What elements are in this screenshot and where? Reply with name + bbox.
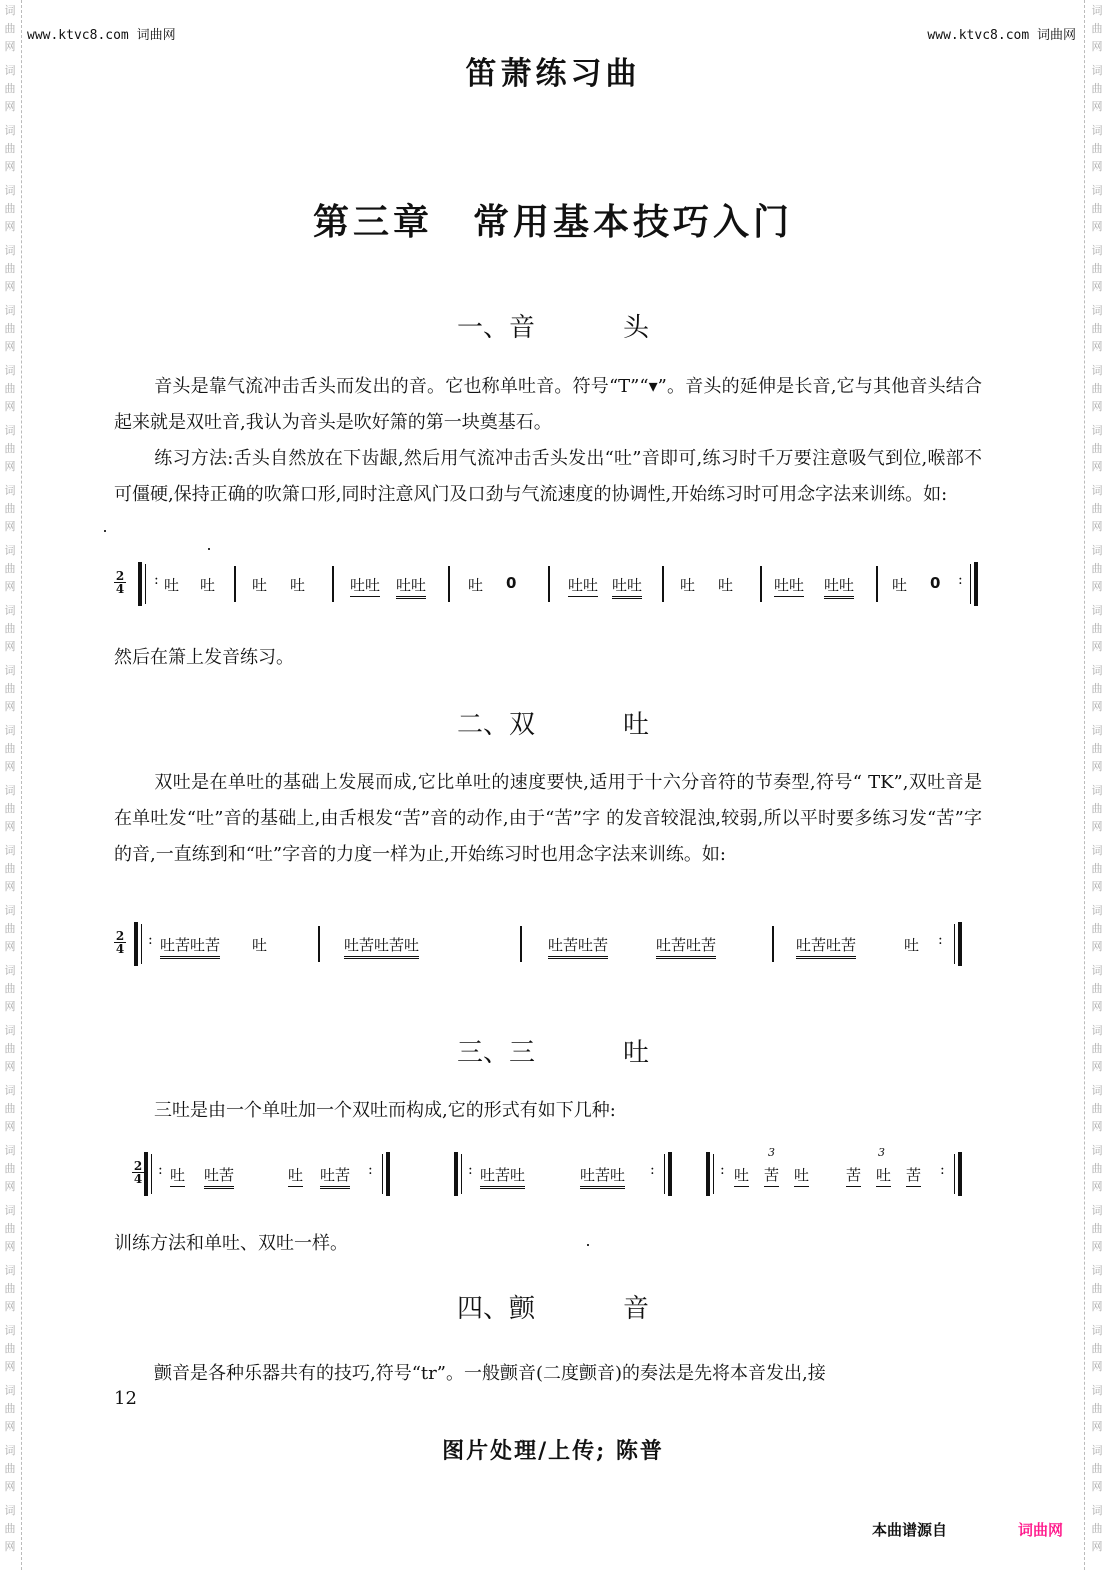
watermark-glyph: 曲 bbox=[1088, 680, 1106, 698]
watermark-glyph: 曲 bbox=[1, 380, 19, 398]
watermark-glyph: 词 bbox=[1, 122, 19, 140]
watermark-glyph: 网 bbox=[1088, 458, 1106, 476]
watermark-glyph: 曲 bbox=[1088, 980, 1106, 998]
watermark-glyph: 网 bbox=[1, 1118, 19, 1136]
watermark-glyph: 网 bbox=[1, 938, 19, 956]
watermark-glyph: 网 bbox=[1088, 578, 1106, 596]
watermark-glyph: 网 bbox=[1, 818, 19, 836]
watermark-glyph: 曲 bbox=[1, 1520, 19, 1538]
watermark-glyph: 曲 bbox=[1, 1160, 19, 1178]
watermark-glyph: 词 bbox=[1, 542, 19, 560]
score-single-tongue: 24 : 吐 吐 吐 吐 吐吐 吐吐 吐 0 吐吐 吐吐 吐 吐 吐吐 吐吐 吐… bbox=[112, 562, 982, 608]
watermark-glyph: 曲 bbox=[1, 20, 19, 38]
upload-credit: 图片处理/上传; 陈普 bbox=[0, 1434, 1106, 1465]
watermark-glyph: 曲 bbox=[1, 920, 19, 938]
watermark-glyph: 词 bbox=[1, 782, 19, 800]
watermark-glyph: 词 bbox=[1088, 542, 1106, 560]
section-heading-4: 四、颤音 bbox=[0, 1288, 1106, 1325]
watermark-glyph: 曲 bbox=[1, 140, 19, 158]
time-signature: 24 bbox=[114, 570, 126, 595]
book-title: 笛萧练习曲 bbox=[0, 48, 1106, 93]
watermark-glyph: 网 bbox=[1, 1358, 19, 1376]
watermark-glyph: 网 bbox=[1, 578, 19, 596]
watermark-glyph: 词 bbox=[1, 662, 19, 680]
watermark-glyph: 网 bbox=[1088, 1178, 1106, 1196]
watermark-glyph: 曲 bbox=[1088, 440, 1106, 458]
watermark-glyph: 词 bbox=[1088, 1382, 1106, 1400]
watermark-glyph: 网 bbox=[1, 1178, 19, 1196]
watermark-glyph: 词 bbox=[1, 1082, 19, 1100]
watermark-glyph: 词 bbox=[1088, 482, 1106, 500]
watermark-glyph: 曲 bbox=[1088, 1340, 1106, 1358]
watermark-glyph: 网 bbox=[1, 158, 19, 176]
watermark-glyph: 词 bbox=[1088, 1262, 1106, 1280]
watermark-glyph: 词 bbox=[1, 1382, 19, 1400]
watermark-glyph: 曲 bbox=[1088, 1160, 1106, 1178]
section-heading-1: 一、音头 bbox=[0, 307, 1106, 344]
watermark-glyph: 网 bbox=[1088, 818, 1106, 836]
watermark-glyph: 词 bbox=[1, 362, 19, 380]
watermark-glyph: 曲 bbox=[1, 740, 19, 758]
watermark-glyph: 网 bbox=[1, 638, 19, 656]
paragraph: 然后在箫上发音练习。 bbox=[114, 640, 982, 676]
chapter-title: 第三章 常用基本技巧入门 bbox=[0, 194, 1106, 245]
watermark-glyph: 网 bbox=[1, 998, 19, 1016]
watermark-glyph: 曲 bbox=[1088, 140, 1106, 158]
watermark-glyph: 曲 bbox=[1088, 920, 1106, 938]
watermark-glyph: 词 bbox=[1, 1142, 19, 1160]
paragraph: 练习方法:舌头自然放在下齿龈,然后用气流冲击舌头发出“吐”音即可,练习时千万要注… bbox=[114, 441, 982, 513]
watermark-glyph: 曲 bbox=[1, 260, 19, 278]
site-watermark-left: www.ktvc8.com 词曲网 bbox=[27, 24, 176, 43]
watermark-glyph: 曲 bbox=[1, 1340, 19, 1358]
watermark-glyph: 网 bbox=[1088, 398, 1106, 416]
paragraph: 训练方法和单吐、双吐一样。 bbox=[114, 1226, 982, 1262]
score-double-tongue: 24 : 吐苦吐苦 吐 吐苦吐苦吐 吐苦吐苦 吐苦吐苦 吐苦吐苦 吐 : bbox=[112, 922, 972, 968]
paragraph: 双吐是在单吐的基础上发展而成,它比单吐的速度要快,适用于十六分音符的节奏型,符号… bbox=[114, 765, 982, 873]
watermark-glyph: 词 bbox=[1, 602, 19, 620]
watermark-glyph: 网 bbox=[1088, 98, 1106, 116]
site-watermark-right: www.ktvc8.com 词曲网 bbox=[927, 24, 1076, 43]
watermark-glyph: 网 bbox=[1, 1238, 19, 1256]
repeat-start bbox=[138, 562, 152, 606]
watermark-glyph: 词 bbox=[1088, 962, 1106, 980]
watermark-glyph: 曲 bbox=[1, 560, 19, 578]
watermark-glyph: 网 bbox=[1, 1478, 19, 1496]
watermark-glyph: 网 bbox=[1088, 938, 1106, 956]
score-triple-tongue: 24 : 吐 吐苦 吐 吐苦 : : 吐苦吐 吐苦吐 : : 3 吐 苦 吐 3… bbox=[112, 1152, 972, 1198]
watermark-glyph: 词 bbox=[1, 842, 19, 860]
watermark-glyph: 曲 bbox=[1088, 620, 1106, 638]
watermark-glyph: 词 bbox=[1088, 902, 1106, 920]
watermark-glyph: 网 bbox=[1088, 278, 1106, 296]
watermark-glyph: 曲 bbox=[1, 1220, 19, 1238]
watermark-glyph: 网 bbox=[1, 278, 19, 296]
watermark-glyph: 词 bbox=[1, 1262, 19, 1280]
watermark-glyph: 词 bbox=[1, 902, 19, 920]
watermark-glyph: 词 bbox=[1, 2, 19, 20]
watermark-glyph: 曲 bbox=[1088, 500, 1106, 518]
watermark-glyph: 曲 bbox=[1088, 1400, 1106, 1418]
watermark-glyph: 词 bbox=[1088, 662, 1106, 680]
watermark-glyph: 词 bbox=[1088, 602, 1106, 620]
section-heading-2: 二、双吐 bbox=[0, 704, 1106, 741]
watermark-glyph: 曲 bbox=[1088, 1100, 1106, 1118]
watermark-glyph: 曲 bbox=[1, 860, 19, 878]
paragraph: 颤音是各种乐器共有的技巧,符号“tr”。一般颤音(二度颤音)的奏法是先将本音发出… bbox=[114, 1356, 982, 1392]
watermark-glyph: 曲 bbox=[1088, 1520, 1106, 1538]
watermark-glyph: 网 bbox=[1, 878, 19, 896]
paragraph: 三吐是由一个单吐加一个双吐而构成,它的形式有如下几种: bbox=[114, 1093, 982, 1129]
watermark-glyph: 网 bbox=[1088, 158, 1106, 176]
watermark-glyph: 曲 bbox=[1, 980, 19, 998]
watermark-glyph: 网 bbox=[1088, 1538, 1106, 1556]
watermark-glyph: 曲 bbox=[1, 800, 19, 818]
watermark-glyph: 词 bbox=[1088, 842, 1106, 860]
watermark-glyph: 曲 bbox=[1, 1100, 19, 1118]
watermark-glyph: 网 bbox=[1, 398, 19, 416]
watermark-glyph: 曲 bbox=[1088, 20, 1106, 38]
watermark-glyph: 曲 bbox=[1088, 800, 1106, 818]
watermark-glyph: 曲 bbox=[1, 500, 19, 518]
watermark-glyph: 词 bbox=[1, 422, 19, 440]
watermark-glyph: 词 bbox=[1088, 1502, 1106, 1520]
watermark-glyph: 词 bbox=[1088, 1142, 1106, 1160]
watermark-glyph: 网 bbox=[1, 98, 19, 116]
watermark-glyph: 词 bbox=[1, 482, 19, 500]
watermark-glyph: 网 bbox=[1088, 518, 1106, 536]
watermark-glyph: 曲 bbox=[1, 440, 19, 458]
watermark-glyph: 曲 bbox=[1088, 860, 1106, 878]
watermark-glyph: 词 bbox=[1088, 1082, 1106, 1100]
watermark-glyph: 网 bbox=[1088, 1478, 1106, 1496]
watermark-glyph: 网 bbox=[1, 458, 19, 476]
paragraph: 音头是靠气流冲击舌头而发出的音。它也称单吐音。符号“T”“▾”。音头的延伸是长音… bbox=[114, 369, 982, 441]
watermark-glyph: 词 bbox=[1088, 2, 1106, 20]
source-brand-link[interactable]: 词曲网 bbox=[1018, 1519, 1063, 1540]
watermark-glyph: 曲 bbox=[1088, 1220, 1106, 1238]
watermark-glyph: 词 bbox=[1, 1202, 19, 1220]
watermark-glyph: 曲 bbox=[1088, 740, 1106, 758]
watermark-glyph: 网 bbox=[1088, 638, 1106, 656]
watermark-glyph: 曲 bbox=[1, 620, 19, 638]
watermark-glyph: 词 bbox=[1088, 362, 1106, 380]
watermark-glyph: 曲 bbox=[1088, 260, 1106, 278]
source-label: 本曲谱源自 bbox=[872, 1519, 947, 1540]
watermark-glyph: 网 bbox=[1088, 1358, 1106, 1376]
section-heading-3: 三、三吐 bbox=[0, 1032, 1106, 1069]
watermark-glyph: 曲 bbox=[1, 1400, 19, 1418]
watermark-glyph: 网 bbox=[1088, 1118, 1106, 1136]
repeat-end bbox=[964, 562, 978, 606]
watermark-glyph: 词 bbox=[1, 1502, 19, 1520]
watermark-glyph: 网 bbox=[1088, 758, 1106, 776]
watermark-glyph: 曲 bbox=[1088, 380, 1106, 398]
watermark-glyph: 网 bbox=[1088, 878, 1106, 896]
watermark-glyph: 词 bbox=[1088, 422, 1106, 440]
watermark-glyph: 曲 bbox=[1088, 560, 1106, 578]
watermark-glyph: 词 bbox=[1088, 782, 1106, 800]
watermark-glyph: 网 bbox=[1, 758, 19, 776]
watermark-glyph: 网 bbox=[1088, 998, 1106, 1016]
watermark-glyph: 词 bbox=[1088, 1202, 1106, 1220]
watermark-glyph: 网 bbox=[1, 518, 19, 536]
watermark-glyph: 曲 bbox=[1, 680, 19, 698]
watermark-glyph: 词 bbox=[1088, 122, 1106, 140]
watermark-glyph: 网 bbox=[1, 1538, 19, 1556]
watermark-glyph: 词 bbox=[1, 962, 19, 980]
watermark-glyph: 网 bbox=[1088, 1238, 1106, 1256]
page-number: 12 bbox=[114, 1388, 137, 1409]
